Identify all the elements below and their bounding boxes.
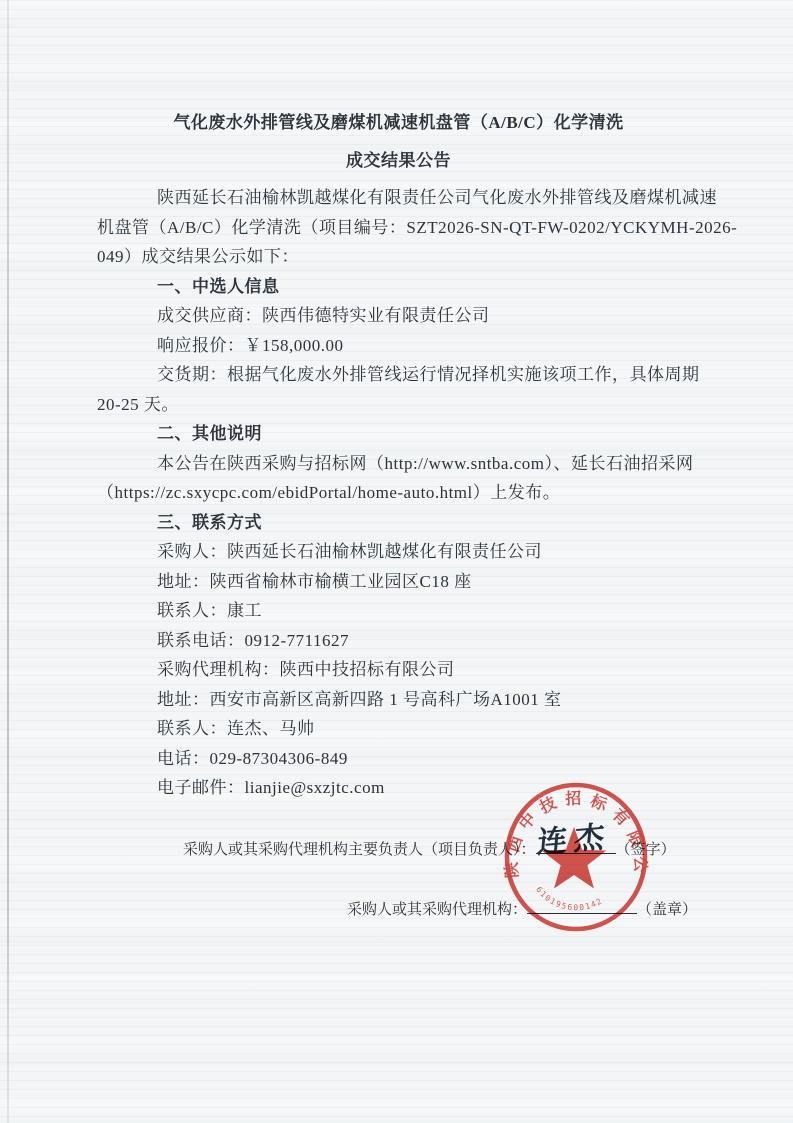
scanned-document-page: 气化废水外排管线及磨煤机减速机盘管（A/B/C）化学清洗 成交结果公告 陕西延长… (0, 0, 793, 1123)
delivery-period-line: 交货期：根据气化废水外排管线运行情况择机实施该项工作，具体周期 (97, 360, 700, 390)
handwritten-signature: 连杰 (536, 822, 612, 859)
purchaser-contact-line: 联系人：康工 (97, 596, 700, 626)
signature-line2-suffix: （盖章） (637, 902, 697, 918)
signature-line1-suffix: （签字） (616, 842, 676, 858)
paragraph-line: 陕西延长石油榆林凯越煤化有限责任公司气化废水外排管线及磨煤机减速 (97, 183, 700, 213)
document-content: 气化废水外排管线及磨煤机减速机盘管（A/B/C）化学清洗 成交结果公告 陕西延长… (0, 0, 793, 923)
agency-email-line: 电子邮件：lianjie@sxzjtc.com (97, 773, 700, 803)
signature-line2-label: 采购人或其采购代理机构： (347, 902, 527, 918)
agency-address-line: 地址：西安市高新区高新四路 1 号高科广场A1001 室 (97, 685, 700, 715)
agency-contact-line: 联系人：连杰、马帅 (97, 714, 700, 744)
paragraph-line: 049）成交结果公示如下： (97, 242, 700, 272)
agency-line: 采购代理机构：陕西中技招标有限公司 (97, 655, 700, 685)
document-body: 陕西延长石油榆林凯越煤化有限责任公司气化废水外排管线及磨煤机减速 机盘管（A/B… (97, 183, 700, 803)
seal-blank-line (527, 893, 637, 914)
section-heading-contact-info: 三、联系方式 (97, 508, 700, 538)
section-heading-winner-info: 一、中选人信息 (97, 272, 700, 302)
project-leader-signature-row: 采购人或其采购代理机构主要负责人（项目负责人）：连杰（签字） (97, 833, 700, 863)
purchaser-address-line: 地址：陕西省榆林市榆横工业园区C18 座 (97, 567, 700, 597)
winning-supplier-line: 成交供应商：陕西伟德特实业有限责任公司 (97, 301, 700, 331)
signature-blank-line: 连杰 (536, 833, 616, 854)
paragraph-line: 机盘管（A/B/C）化学清洗（项目编号：SZT2026-SN-QT-FW-020… (97, 213, 700, 243)
purchaser-line: 采购人：陕西延长石油榆林凯越煤化有限责任公司 (97, 537, 700, 567)
document-title-line1: 气化废水外排管线及磨煤机减速机盘管（A/B/C）化学清洗 (97, 104, 700, 142)
publish-site-line: 本公告在陕西采购与招标网（http://www.sntba.com）、延长石油招… (97, 449, 700, 479)
agency-phone-line: 电话：029-87304306-849 (97, 744, 700, 774)
publish-site-line: （https://zc.sxycpc.com/ebidPortal/home-a… (97, 478, 700, 508)
bid-price-line: 响应报价：￥158,000.00 (97, 331, 700, 361)
purchaser-phone-line: 联系电话：0912-7711627 (97, 626, 700, 656)
delivery-period-line: 20-25 天。 (97, 390, 700, 420)
document-title-line2: 成交结果公告 (97, 142, 700, 180)
agency-seal-row: 采购人或其采购代理机构：（盖章） (97, 893, 700, 923)
signature-line1-label: 采购人或其采购代理机构主要负责人（项目负责人）： (183, 842, 536, 858)
section-heading-other-notes: 二、其他说明 (97, 419, 700, 449)
